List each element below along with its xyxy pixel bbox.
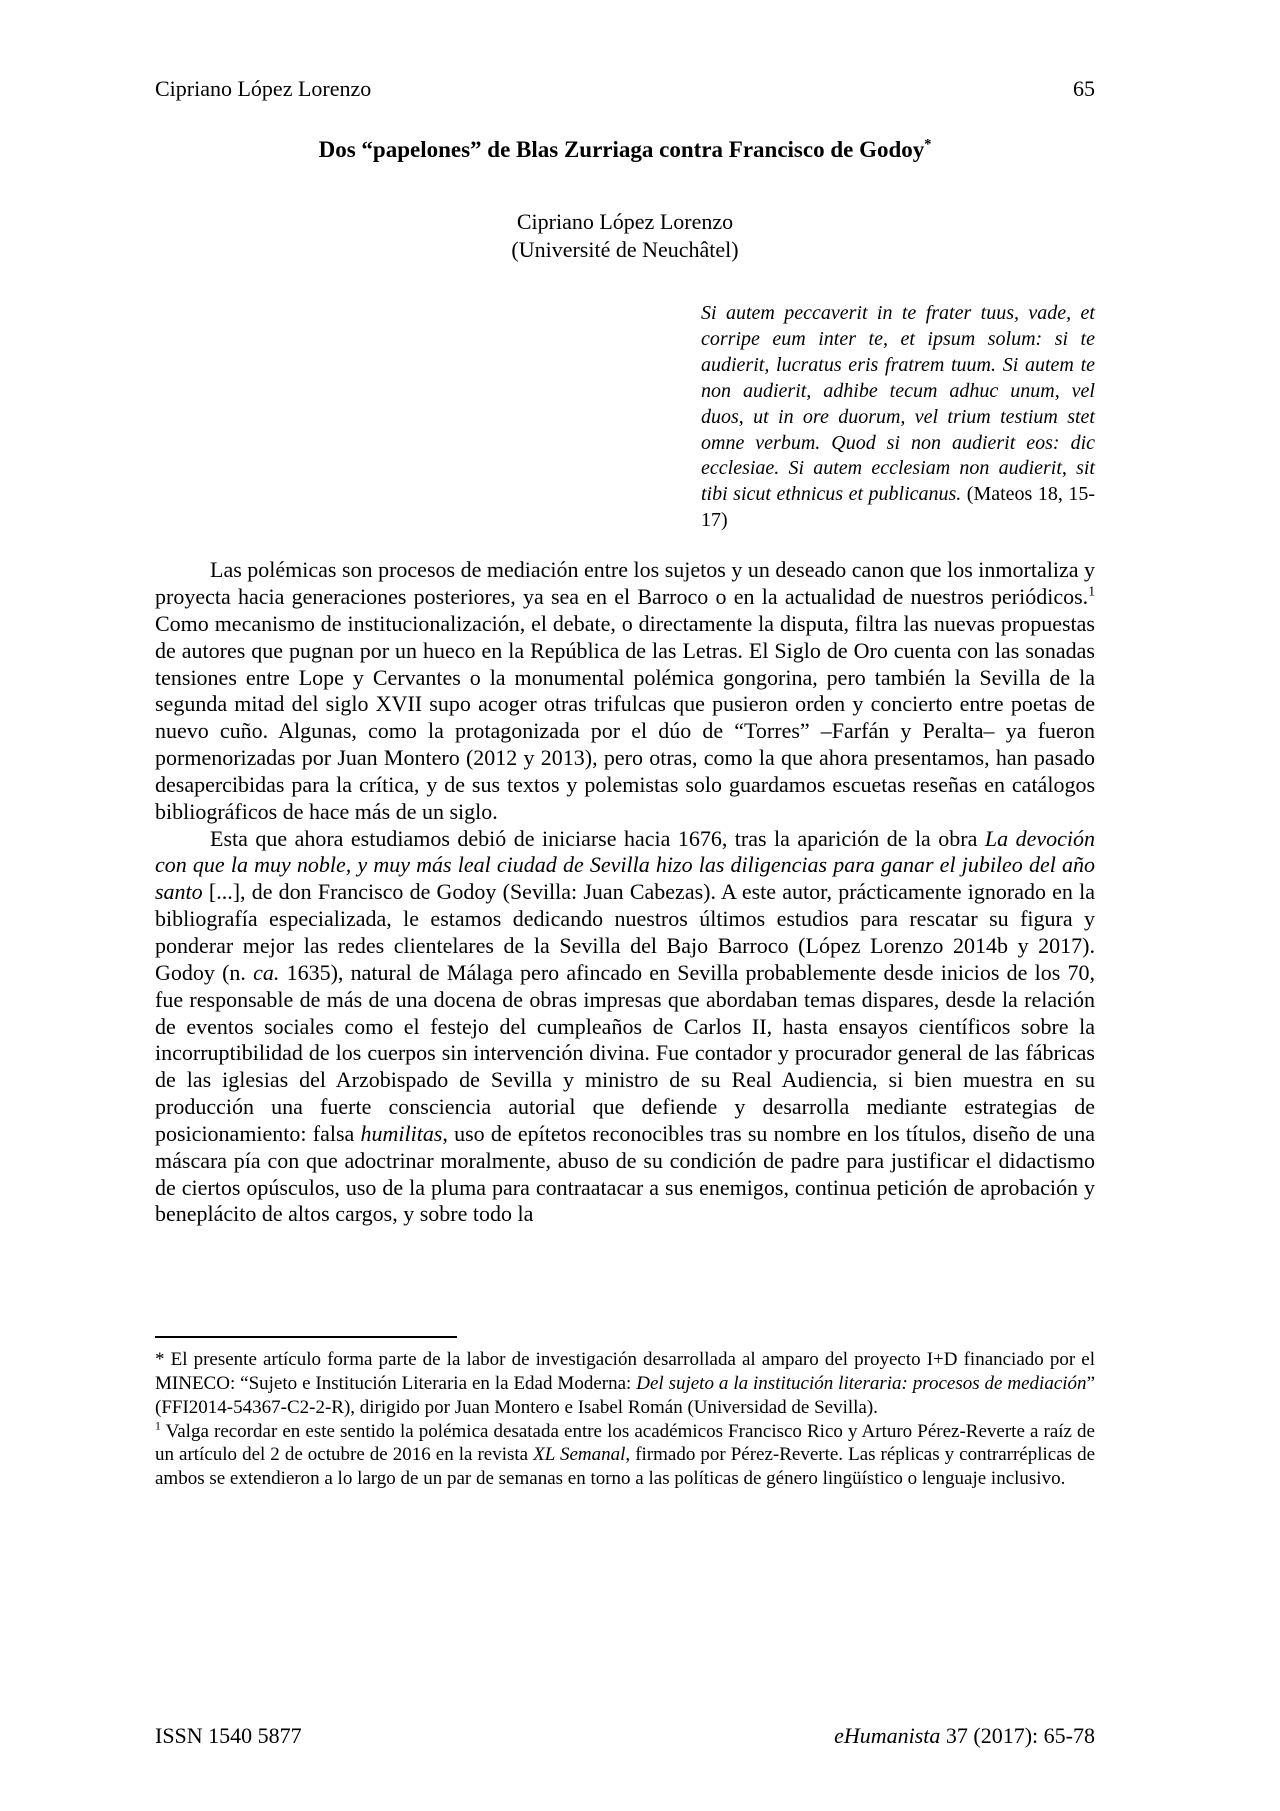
page-number: 65 xyxy=(1073,76,1095,102)
document-page: Cipriano López Lorenzo 65 Dos “papelones… xyxy=(0,0,1280,1811)
byline-author: Cipriano López Lorenzo xyxy=(155,208,1095,236)
running-header-author: Cipriano López Lorenzo xyxy=(155,76,371,102)
footnote: * El presente artículo forma parte de la… xyxy=(155,1348,1095,1419)
footnote: 1 Valga recordar en este sentido la polé… xyxy=(155,1420,1095,1491)
article-title: Dos “papelones” de Blas Zurriaga contra … xyxy=(155,136,1095,164)
footer-citation: eHumanista 37 (2017): 65-78 xyxy=(834,1723,1095,1749)
page-content: Cipriano López Lorenzo 65 Dos “papelones… xyxy=(155,0,1095,1491)
footnote-block: * El presente artículo forma parte de la… xyxy=(155,1336,1095,1491)
byline: Cipriano López Lorenzo (Université de Ne… xyxy=(155,208,1095,263)
byline-affiliation: (Université de Neuchâtel) xyxy=(155,236,1095,264)
footer-issn: ISSN 1540 5877 xyxy=(155,1723,302,1749)
body-paragraph: Las polémicas son procesos de mediación … xyxy=(155,557,1095,825)
body-paragraph: Esta que ahora estudiamos debió de inici… xyxy=(155,826,1095,1229)
epigraph-quote: Si autem peccaverit in te frater tuus, v… xyxy=(701,301,1095,534)
page-footer: ISSN 1540 5877 eHumanista 37 (2017): 65-… xyxy=(155,1723,1095,1749)
running-header: Cipriano López Lorenzo 65 xyxy=(155,0,1095,102)
footnote-separator xyxy=(155,1336,457,1338)
